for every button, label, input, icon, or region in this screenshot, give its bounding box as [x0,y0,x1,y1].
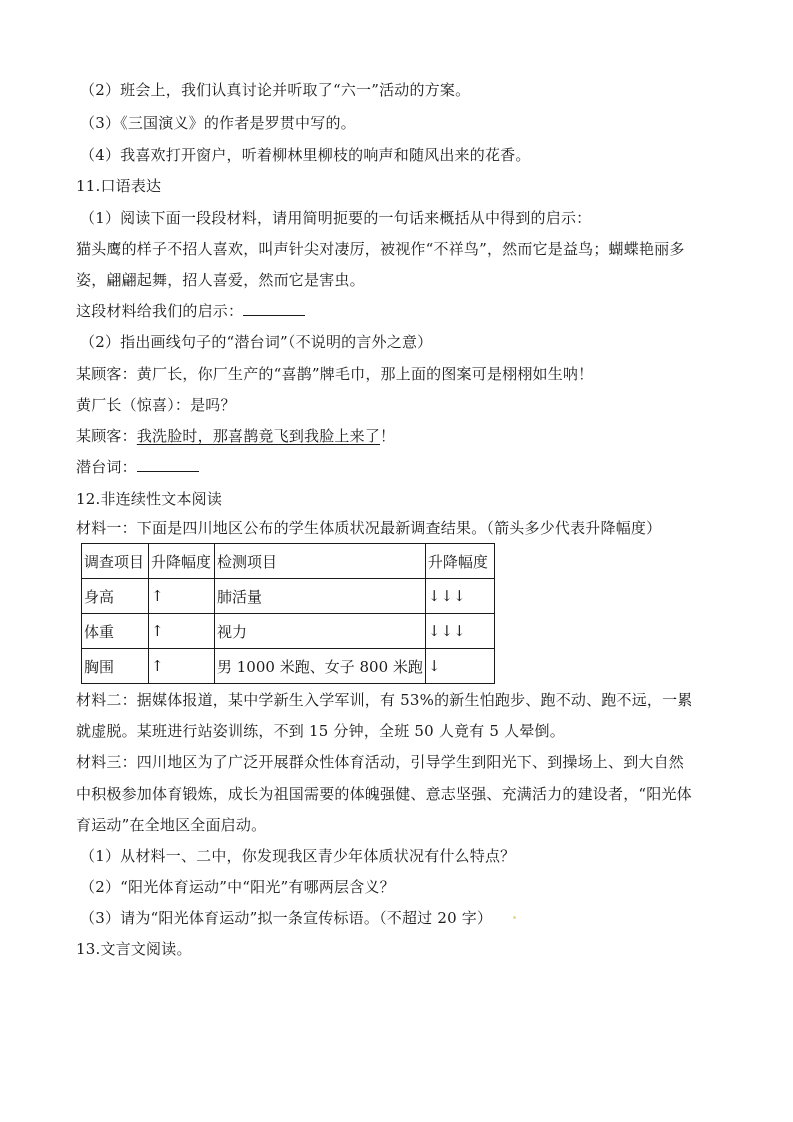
dialog-line-2: 黄厂长（惊喜）：是吗？ [76,395,236,415]
subtext-label: 潜台词： [76,458,137,476]
table-cell: ↓ [425,649,494,684]
table-row: 胸围 ↑ 男 1000 米跑、女子 800 米跑 ↓ [82,649,495,684]
table-cell: 视力 [215,614,426,649]
table-row: 身高 ↑ 肺活量 ↓↓↓ [82,579,495,614]
q10-item-3: （3）《三国演义》的作者是罗贯中写的。 [80,113,356,133]
speck-mark [513,916,516,919]
material-3-line-3: 育运动”在全地区全面启动。 [76,815,266,835]
q13-title: 13.文言文阅读。 [76,939,192,959]
underlined-sentence: 我洗脸时，那喜鹊竟飞到我脸上来了 [137,427,380,445]
material-2-line-1: 材料二：据媒体报道，某中学新生入学军训，有 53%的新生怕跑步、跑不动、跑不远，… [76,690,693,710]
dialog-end: ！ [380,427,395,445]
q12-part-2: （2）“阳光体育运动”中“阳光”有哪两层含义？ [80,877,395,897]
table-cell: 身高 [82,579,149,614]
q12-part-3: （3）请为“阳光体育运动”拟一条宣传标语。（不超过 20 字） [80,908,492,928]
q11-part-2: （2）指出画线句子的“潜台词”（不说明的言外之意） [80,332,432,352]
q12-part-1: （1）从材料一、二中，你发现我区青少年体质状况有什么特点？ [80,846,515,866]
table-cell: 胸围 [82,649,149,684]
answer-blank[interactable] [243,301,305,316]
subtext-line: 潜台词： [76,457,199,477]
table-header: 检测项目 [215,544,426,579]
q10-item-2: （2）班会上，我们认真讨论并听取了“六一”活动的方案。 [80,80,470,100]
subtext-blank[interactable] [137,457,199,472]
table-cell: 男 1000 米跑、女子 800 米跑 [215,649,426,684]
table-cell: 肺活量 [215,579,426,614]
table-cell: ↑ [149,614,215,649]
table-header: 升降幅度 [425,544,494,579]
q11-title: 11.口语表达 [76,176,161,196]
table-cell: ↑ [149,649,215,684]
document-page: （2）班会上，我们认真讨论并听取了“六一”活动的方案。 （3）《三国演义》的作者… [0,0,793,1122]
material-2-line-2: 就虚脱。某班进行站姿训练，不到 15 分钟，全班 50 人竟有 5 人晕倒。 [76,721,565,741]
q11-material-line-2: 姿，翩翩起舞，招人喜爱，然而它是害虫。 [76,270,365,290]
table-header-row: 调查项目 升降幅度 检测项目 升降幅度 [82,544,495,579]
q12-title: 12.非连续性文本阅读 [76,489,222,509]
dialog-line-1: 某顾客：黄厂长，你厂生产的“喜鹊”牌毛巾，那上面的图案可是栩栩如生呐！ [76,364,593,384]
material-3-line-2: 中积极参加体育锻炼，成长为祖国需要的体魄强健、意志坚强、充满活力的建设者，“阳光… [76,784,692,804]
table-cell: ↑ [149,579,215,614]
table-cell: 体重 [82,614,149,649]
material-1: 材料一：下面是四川地区公布的学生体质状况最新调查结果。（箭头多少代表升降幅度） [76,518,661,538]
q11-material-line-1: 猫头鹰的样子不招人喜欢，叫声针尖对凄厉，被视作“不祥鸟”，然而它是益鸟；蝴蝶艳丽… [76,239,685,259]
material-3-line-1: 材料三：四川地区为了广泛开展群众性体育活动，引导学生到阳光下、到操场上、到大自然 [76,752,684,772]
table-row: 体重 ↑ 视力 ↓↓↓ [82,614,495,649]
q11-answer-line: 这段材料给我们的启示： [76,301,305,321]
answer-label: 这段材料给我们的启示： [76,302,243,320]
q10-item-4: （4）我喜欢打开窗户，听着柳林里柳枝的响声和随风出来的花香。 [80,145,531,165]
table-header: 调查项目 [82,544,149,579]
dialog-line-3: 某顾客：我洗脸时，那喜鹊竟飞到我脸上来了！ [76,426,395,446]
table-header: 升降幅度 [149,544,215,579]
q11-part-1: （1）阅读下面一段段材料，请用简明扼要的一句话来概括从中得到的启示： [80,208,591,228]
survey-table: 调查项目 升降幅度 检测项目 升降幅度 身高 ↑ 肺活量 ↓↓↓ 体重 ↑ 视力… [81,543,495,684]
table-cell: ↓↓↓ [425,579,494,614]
table-cell: ↓↓↓ [425,614,494,649]
dialog-speaker: 某顾客： [76,427,137,445]
